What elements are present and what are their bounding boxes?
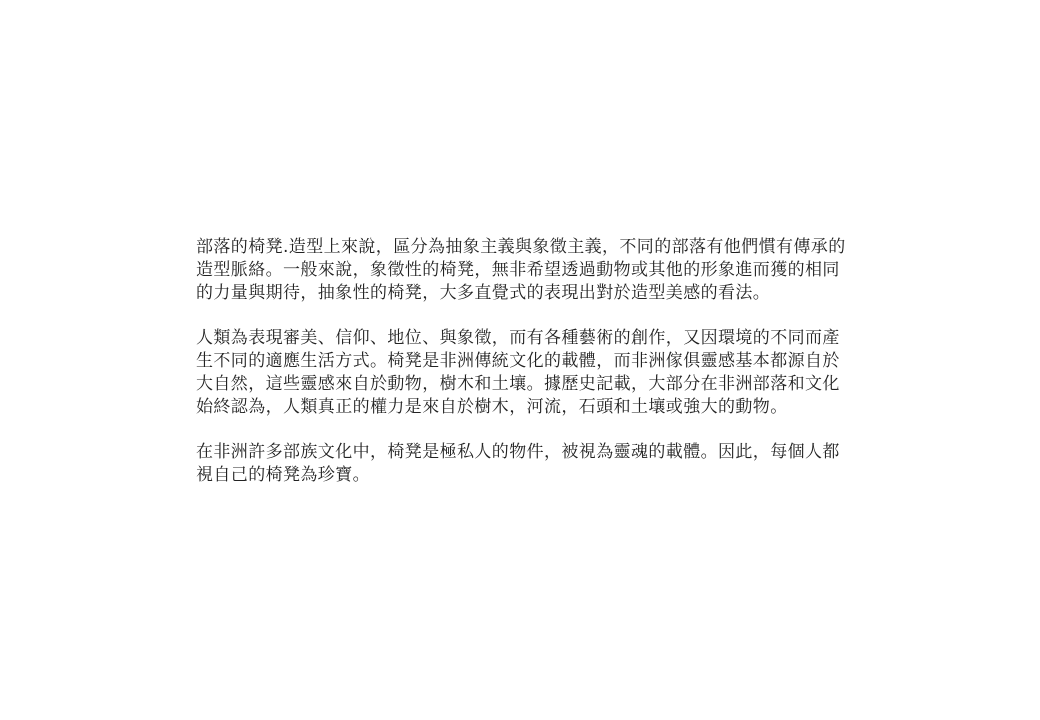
text-line: 大自然，這些靈感來自於動物，樹木和土壤。據歷史記載，大部分在非洲部落和文化	[196, 373, 896, 396]
text-line: 生不同的適應生活方式。椅凳是非洲傳統文化的載體，而非洲傢俱靈感基本都源自於	[196, 350, 896, 373]
text-line: 視自己的椅凳為珍寶。	[196, 464, 896, 487]
document-body: 部落的椅凳.造型上來說，區分為抽象主義與象徵主義，不同的部落有他們慣有傳承的 造…	[196, 236, 896, 510]
text-line: 人類為表現審美、信仰、地位、與象徵，而有各種藝術的創作，又因環境的不同而產	[196, 327, 896, 350]
text-line: 部落的椅凳.造型上來說，區分為抽象主義與象徵主義，不同的部落有他們慣有傳承的	[196, 236, 896, 259]
text-line: 在非洲許多部族文化中，椅凳是極私人的物件，被視為靈魂的載體。因此，每個人都	[196, 441, 896, 464]
paragraph-art-and-nature: 人類為表現審美、信仰、地位、與象徵，而有各種藝術的創作，又因環境的不同而產 生不…	[196, 327, 896, 418]
text-line: 的力量與期待，抽象性的椅凳，大多直覺式的表現出對於造型美感的看法。	[196, 282, 896, 305]
paragraph-stool-styles: 部落的椅凳.造型上來說，區分為抽象主義與象徵主義，不同的部落有他們慣有傳承的 造…	[196, 236, 896, 304]
page: 部落的椅凳.造型上來說，區分為抽象主義與象徵主義，不同的部落有他們慣有傳承的 造…	[0, 0, 1040, 720]
text-line: 始終認為，人類真正的權力是來自於樹木，河流，石頭和土壤或強大的動物。	[196, 396, 896, 419]
paragraph-personal-treasure: 在非洲許多部族文化中，椅凳是極私人的物件，被視為靈魂的載體。因此，每個人都 視自…	[196, 441, 896, 487]
text-line: 造型脈絡。一般來說，象徵性的椅凳，無非希望透過動物或其他的形象進而獲的相同	[196, 259, 896, 282]
